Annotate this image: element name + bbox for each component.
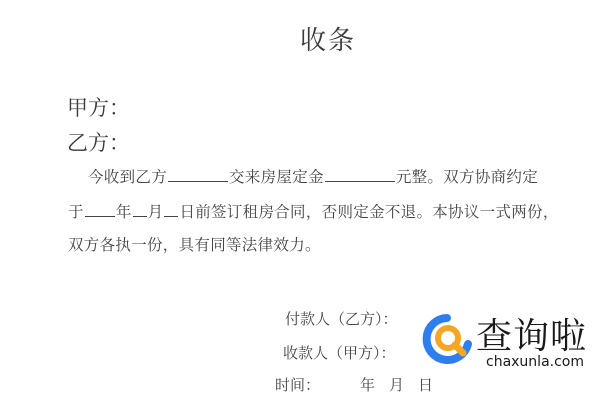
body-text: 月 [148, 203, 164, 221]
receipt-document: 收条 甲方： 乙方： 今收到乙方交来房屋定金元整。双方协商约定 于年月日前签订租… [0, 0, 600, 396]
deposit-amount-blank [325, 168, 395, 182]
body-line-3: 双方各执一份，具有同等法律效力。 [68, 233, 321, 255]
body-text: 交来房屋定金 [229, 168, 324, 186]
party-b-label: 乙方： [67, 127, 130, 157]
time-label: 时间： [275, 376, 320, 394]
date-month: 月 [389, 374, 404, 395]
brand-name: 查询啦 [476, 308, 587, 359]
month-blank [133, 203, 147, 217]
payer-signature-label: 付款人（乙方）： [285, 308, 398, 329]
day-blank [164, 203, 178, 217]
party-a-label: 甲方： [67, 92, 130, 122]
brand-url: chaxunla.com [486, 354, 584, 370]
body-text: 于 [68, 203, 84, 221]
year-blank [85, 203, 115, 217]
payee-signature-label: 收款人（甲方）： [283, 342, 396, 363]
watermark-logo: 查询啦 chaxunla.com [420, 308, 595, 378]
date-year: 年 [360, 374, 375, 395]
body-line-1: 今收到乙方交来房屋定金元整。双方协商约定 [88, 165, 538, 187]
magnifier-logo-icon [420, 312, 474, 366]
body-text: 年 [116, 203, 132, 221]
payer-name-blank [168, 168, 228, 182]
body-text: 元整。双方协商约定 [396, 168, 538, 186]
document-title: 收条 [300, 20, 356, 57]
body-line-2: 于年月日前签订租房合同，否则定金不退。本协议一式两份， [68, 200, 559, 222]
body-text: 今收到乙方 [88, 168, 167, 186]
body-text: 日前签订租房合同，否则定金不退。本协议一式两份， [179, 203, 558, 221]
